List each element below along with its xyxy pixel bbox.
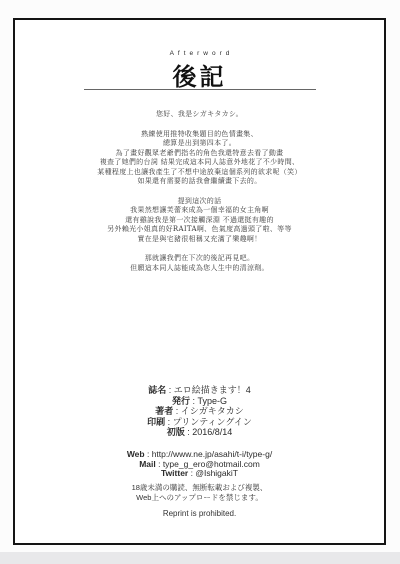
contact-label: Web [127, 449, 145, 459]
age-restriction-notice: 18歳未満の購読、無断転載および複製、 Web上へのアップロードを禁じます。 [15, 483, 384, 502]
afterword-paragraph: 熟練使用推特收集題目的色情畫集、 總算是出到第四本了。 為了畫好觀眾老爺們指名的… [25, 130, 374, 187]
page-edge-shadow [0, 552, 400, 564]
reprint-notice: Reprint is prohibited. [15, 509, 384, 518]
contact-row: Twitter : @IshigakiT [15, 469, 384, 479]
colophon-row: 著者 : イシガキタカシ [15, 406, 384, 417]
colophon-value: Type-G [198, 396, 228, 406]
colophon-value: イシガキタカシ [181, 406, 244, 416]
afterword-label: Afterword [15, 50, 384, 57]
colophon-label: 誌名 [148, 385, 166, 395]
colophon-row: 誌名 : エロ絵描きます！4 [15, 385, 384, 396]
afterword-paragraph: 您好、我是シガキタカシ。 [25, 110, 374, 120]
afterword-paragraph: 提到這次的話 我果然想讓芙蕾來成為一個幸福的女主角啊 還有雖說我是第一次接觸深淵… [25, 197, 374, 245]
title-divider [84, 89, 316, 90]
afterword-body: 您好、我是シガキタカシ。 熟練使用推特收集題目的色情畫集、 總算是出到第四本了。… [25, 110, 374, 283]
contact-label: Mail [139, 459, 156, 469]
colophon-row: 発行 : Type-G [15, 396, 384, 407]
contact-value: http://www.ne.jp/asahi/t-i/type-g/ [152, 449, 272, 459]
page-frame: Afterword 後記 您好、我是シガキタカシ。 熟練使用推特收集題目的色情畫… [13, 18, 386, 545]
colophon-value: エロ絵描きます！4 [174, 385, 251, 395]
contact-separator: : [156, 459, 163, 469]
page-title: 後記 [15, 57, 384, 92]
colophon-separator: : [173, 406, 181, 416]
colophon-label: 初版 [167, 427, 185, 437]
colophon-separator: : [165, 417, 173, 427]
colophon-value: プリンティングイン [173, 417, 252, 427]
contact-block: Web : http://www.ne.jp/asahi/t-i/type-g/… [15, 450, 384, 479]
colophon-row: 印刷 : プリンティングイン [15, 417, 384, 428]
contact-value: @IshigakiT [195, 468, 238, 478]
afterword-paragraph: 那就讓我們在下次的後記再見吧。 但願這本同人誌能成為您人生中的清涼劑。 [25, 254, 374, 273]
colophon-separator: : [166, 385, 174, 395]
colophon-label: 発行 [172, 396, 190, 406]
colophon-label: 著者 [155, 406, 173, 416]
colophon-value: 2016/8/14 [192, 427, 232, 437]
colophon-row: 初版 : 2016/8/14 [15, 427, 384, 438]
contact-label: Twitter [161, 468, 188, 478]
colophon-separator: : [190, 396, 198, 406]
colophon-block: 誌名 : エロ絵描きます！4 発行 : Type-G 著者 : イシガキタカシ … [15, 385, 384, 438]
contact-value: type_g_ero@hotmail.com [163, 459, 260, 469]
colophon-label: 印刷 [147, 417, 165, 427]
contact-separator: : [145, 449, 152, 459]
